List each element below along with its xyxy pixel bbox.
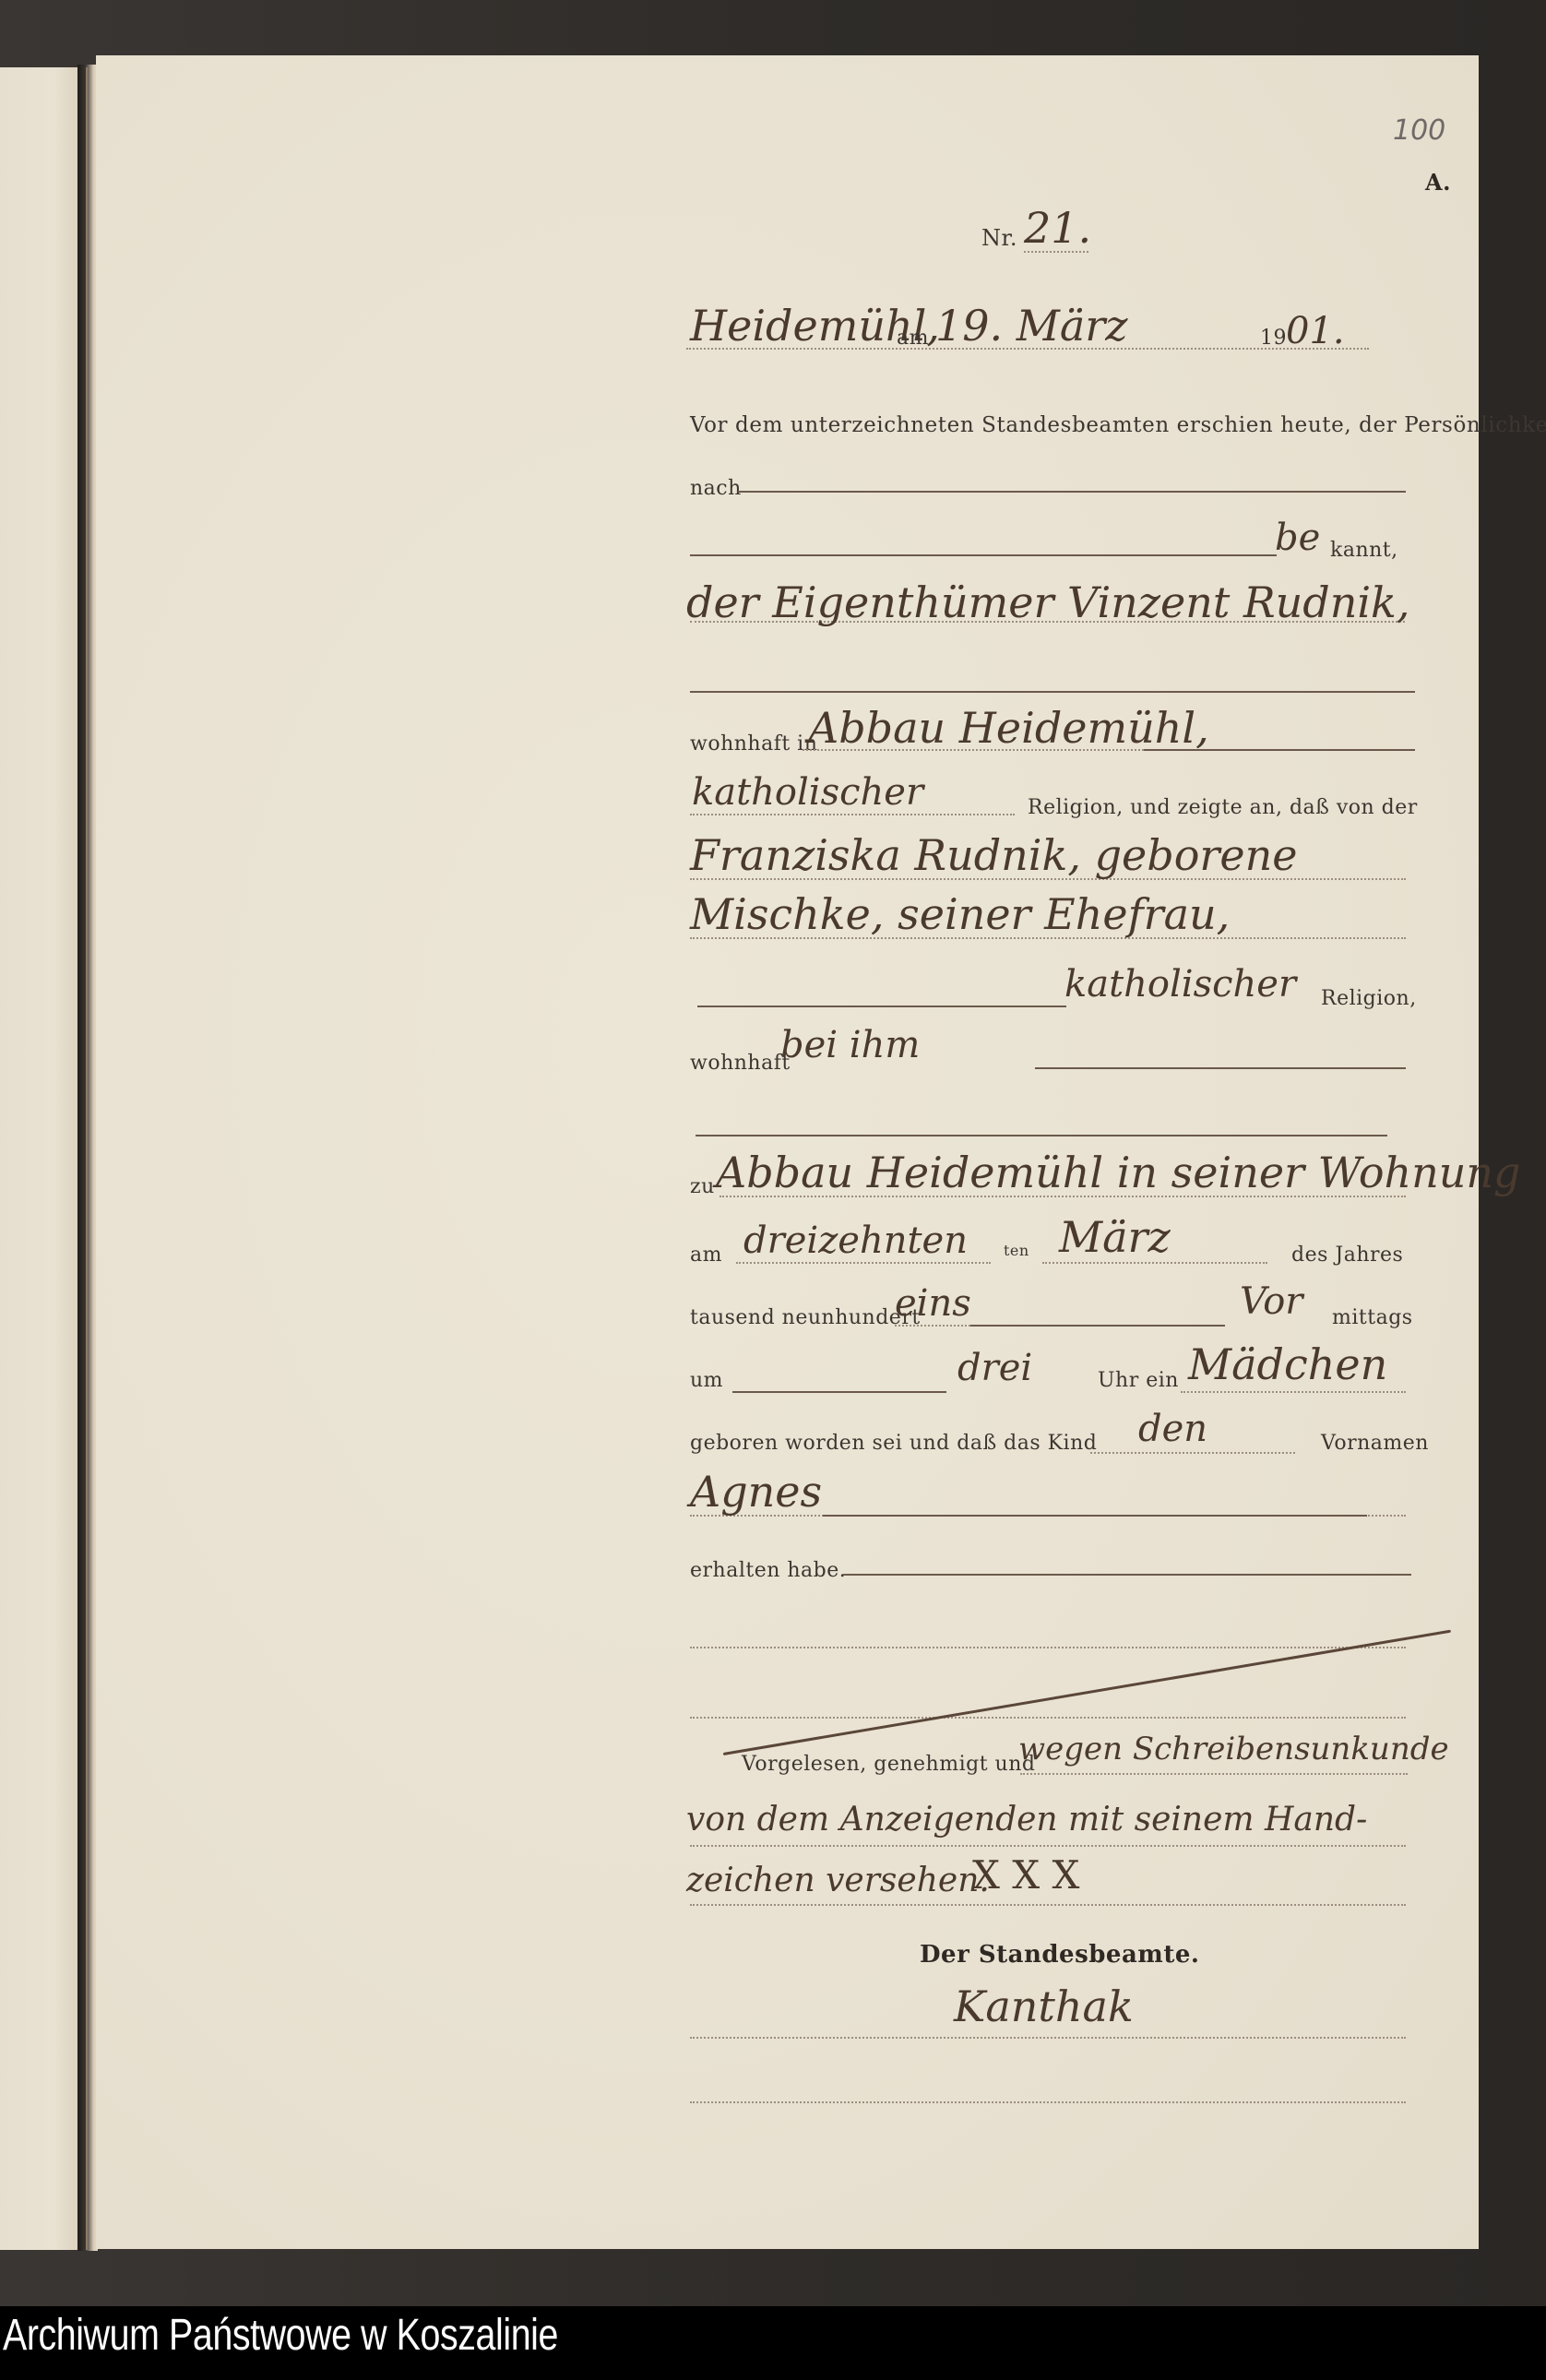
official-title: Der Standesbeamte.	[920, 1941, 1199, 1969]
informant-religion: katholischer	[692, 771, 923, 814]
vornamen-label: Vornamen	[1321, 1432, 1429, 1455]
closing-line-2: von dem Anzeigenden mit seinem Hand-	[686, 1801, 1367, 1839]
wohnhaft-in-label: wohnhaft in	[690, 732, 817, 756]
left-page-edge	[0, 67, 77, 2250]
child-sex: Mädchen	[1188, 1339, 1387, 1389]
nach-label: nach	[690, 477, 742, 500]
sex-dotted-line	[1181, 1391, 1406, 1393]
name-line	[823, 1515, 1367, 1517]
des-jahres-label: des Jahres	[1291, 1244, 1403, 1267]
signature-dotted-line-2	[690, 2101, 1406, 2103]
year-dotted-line	[895, 1325, 970, 1327]
closing-dotted-line-1	[1020, 1773, 1408, 1775]
year-line	[970, 1325, 1225, 1327]
bekannt-print: kannt,	[1330, 539, 1398, 562]
uhr-ein-label: Uhr ein	[1098, 1369, 1179, 1392]
official-signature: Kanthak	[954, 1981, 1134, 2031]
form-letter: A.	[1425, 169, 1451, 196]
register-page: 100 A. Nr. 21. Heidemühl, am 19. März 19…	[96, 55, 1479, 2249]
informant-marks: X X X	[972, 1852, 1079, 1898]
erhalten-line	[843, 1574, 1411, 1576]
mother-religion-print: Religion,	[1321, 987, 1417, 1010]
year-prefix: 19	[1260, 327, 1287, 350]
ten-label: ten	[1004, 1242, 1029, 1259]
archive-footer-bar: Archiwum Państwowe w Koszalinie	[0, 2306, 1546, 2380]
year-suffix: 01.	[1286, 310, 1345, 352]
gutter-fold-line	[86, 67, 88, 2250]
bekannt-line	[690, 554, 1277, 556]
mother-name-line2: Mischke, seiner Ehefrau,	[690, 889, 1230, 939]
signature-dotted-line-1	[690, 2037, 1406, 2039]
empty-dotted-line-1	[690, 1647, 1406, 1648]
closing-dotted-line-2	[690, 1845, 1406, 1847]
birth-place: Abbau Heidemühl in seiner Wohnung	[716, 1148, 1520, 1197]
mittags-label: mittags	[1332, 1306, 1413, 1329]
religion-print: Religion, und zeigte an, daß von der	[1028, 796, 1418, 819]
mother-religion-line	[697, 1006, 1066, 1007]
mother-residence: bei ihm	[780, 1024, 920, 1066]
birth-year-word: eins	[895, 1282, 971, 1325]
am-label: am	[897, 327, 929, 350]
bekannt-hand: be	[1275, 517, 1320, 559]
archive-name: Archiwum Państwowe w Koszalinie	[3, 2310, 558, 2361]
closing-dotted-line-3	[690, 1904, 1406, 1906]
nach-line	[738, 491, 1406, 493]
informant-name: der Eigenthümer Vinzent Rudnik,	[686, 577, 1410, 627]
zu-label: zu	[690, 1175, 715, 1198]
geboren-label: geboren worden sei und daß das Kind	[690, 1432, 1097, 1455]
mother-residence-line	[1035, 1067, 1406, 1069]
birth-hour: drei	[957, 1347, 1032, 1389]
den-dotted-line	[1090, 1452, 1295, 1454]
pencil-page-number: 100	[1393, 114, 1445, 147]
birth-day: dreizehnten	[743, 1220, 968, 1262]
nr-value: 21.	[1024, 203, 1091, 253]
closing-line-3: zeichen versehen.	[686, 1862, 990, 1899]
intro-text: Vor dem unterzeichneten Standesbeamten e…	[690, 413, 1546, 437]
day-dotted-line	[736, 1262, 991, 1264]
nr-label: Nr.	[981, 225, 1017, 251]
child-name: Agnes	[690, 1467, 822, 1517]
religion-dotted-line	[690, 814, 1015, 815]
informant-residence: Abbau Heidemühl,	[808, 703, 1209, 753]
book-gutter	[77, 65, 98, 2251]
month-dotted-line	[1042, 1262, 1267, 1264]
tausend-label: tausend neunhundert	[690, 1306, 921, 1329]
vor-hand: Vor	[1240, 1280, 1302, 1323]
vorgelesen-label: Vorgelesen, genehmigt und	[742, 1753, 1035, 1776]
blank-line-2	[696, 1135, 1387, 1136]
wohnhaft-label: wohnhaft	[690, 1052, 791, 1075]
den-hand: den	[1138, 1408, 1207, 1450]
birth-month: März	[1059, 1212, 1171, 1262]
blank-line-1	[690, 691, 1415, 693]
empty-dotted-line-2	[690, 1717, 1406, 1719]
mother-name-line1: Franziska Rudnik, geborene	[690, 830, 1297, 880]
erhalten-label: erhalten habe.	[690, 1559, 846, 1582]
am-label-2: am	[690, 1244, 722, 1267]
closing-line-1: wegen Schreibensunkunde	[1018, 1731, 1449, 1767]
um-label: um	[690, 1369, 723, 1392]
registration-date: 19. März	[935, 301, 1128, 351]
hour-line	[732, 1391, 946, 1393]
mother-religion: katholischer	[1064, 963, 1296, 1006]
